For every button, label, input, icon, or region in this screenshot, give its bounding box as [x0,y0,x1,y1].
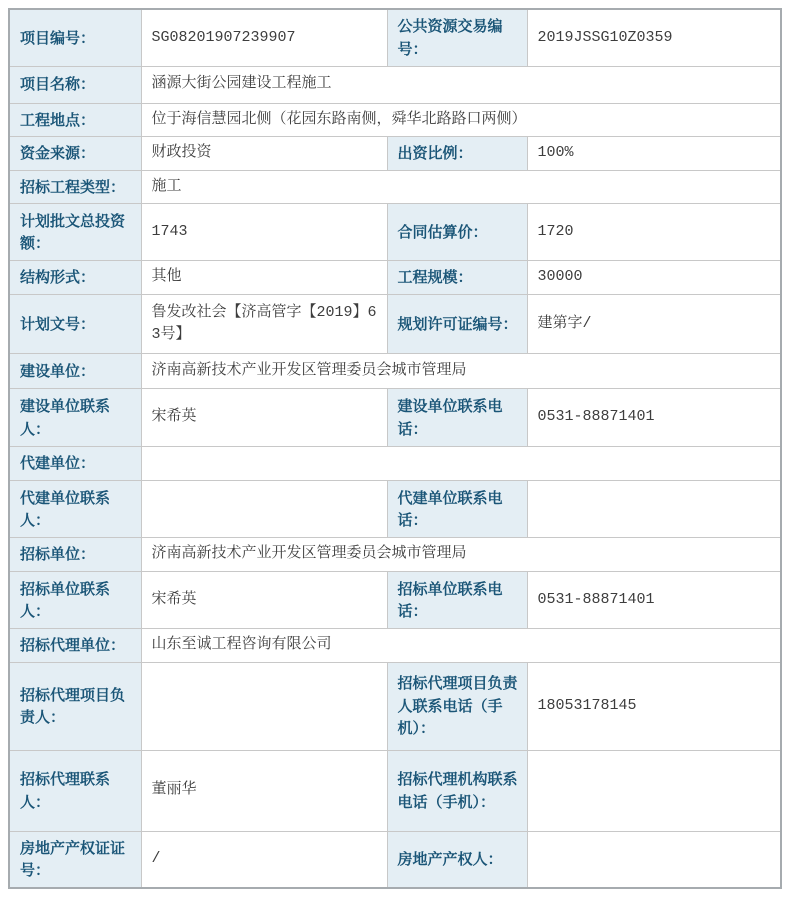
field-value [141,447,781,481]
field-value: 1743 [141,204,387,261]
field-label: 出资比例： [387,137,527,171]
field-label: 工程地点： [9,103,141,137]
field-value: 宋希英 [141,572,387,629]
field-value: 董丽华 [141,750,387,831]
field-label: 招标代理项目负责人联系电话（手机）： [387,662,527,750]
field-label: 结构形式： [9,261,141,295]
field-value: 涵源大街公园建设工程施工 [141,66,781,103]
table-row: 招标单位：济南高新技术产业开发区管理委员会城市管理局 [9,538,781,572]
table-row: 建设单位联系人：宋希英建设单位联系电话：0531-88871401 [9,389,781,447]
field-label: 代建单位联系电话： [387,481,527,538]
field-value [527,481,781,538]
table-row: 招标代理单位：山东至诚工程咨询有限公司 [9,629,781,663]
field-value [527,831,781,888]
project-info-table-body: 项目编号：SG08201907239907公共资源交易编号：2019JSSG10… [9,9,781,888]
field-value: 0531-88871401 [527,572,781,629]
field-label: 工程规模： [387,261,527,295]
table-row: 代建单位： [9,447,781,481]
table-row: 结构形式：其他工程规模：30000 [9,261,781,295]
table-row: 项目编号：SG08201907239907公共资源交易编号：2019JSSG10… [9,9,781,66]
table-row: 招标代理联系人：董丽华招标代理机构联系电话（手机）： [9,750,781,831]
field-label: 招标代理单位： [9,629,141,663]
field-value [141,481,387,538]
field-label: 资金来源： [9,137,141,171]
field-label: 招标代理机构联系电话（手机）： [387,750,527,831]
field-value [141,662,387,750]
table-row: 房地产产权证证号：/房地产产权人： [9,831,781,888]
field-value: 其他 [141,261,387,295]
field-label: 合同估算价： [387,204,527,261]
field-value: 济南高新技术产业开发区管理委员会城市管理局 [141,538,781,572]
field-label: 项目编号： [9,9,141,66]
field-value: 2019JSSG10Z0359 [527,9,781,66]
project-detail-page: 项目编号：SG08201907239907公共资源交易编号：2019JSSG10… [0,0,788,897]
table-row: 计划文号：鲁发改社会【济高管字【2019】63号】规划许可证编号：建第字/ [9,295,781,354]
field-label: 计划文号： [9,295,141,354]
field-label: 建设单位联系电话： [387,389,527,447]
field-value: 济南高新技术产业开发区管理委员会城市管理局 [141,354,781,389]
table-row: 招标单位联系人：宋希英招标单位联系电话：0531-88871401 [9,572,781,629]
table-row: 建设单位：济南高新技术产业开发区管理委员会城市管理局 [9,354,781,389]
field-value: 1720 [527,204,781,261]
field-label: 建设单位联系人： [9,389,141,447]
table-row: 计划批文总投资额：1743合同估算价：1720 [9,204,781,261]
field-label: 房地产产权证证号： [9,831,141,888]
field-value: 施工 [141,170,781,204]
field-label: 代建单位： [9,447,141,481]
field-value: 财政投资 [141,137,387,171]
table-row: 工程地点：位于海信慧园北侧（花园东路南侧，舜华北路路口两侧） [9,103,781,137]
field-label: 招标代理联系人： [9,750,141,831]
table-row: 招标工程类型：施工 [9,170,781,204]
field-value [527,750,781,831]
field-label: 招标单位联系人： [9,572,141,629]
field-label: 招标代理项目负责人： [9,662,141,750]
field-label: 计划批文总投资额： [9,204,141,261]
field-value: 30000 [527,261,781,295]
field-value: 山东至诚工程咨询有限公司 [141,629,781,663]
field-label: 建设单位： [9,354,141,389]
field-value: 鲁发改社会【济高管字【2019】63号】 [141,295,387,354]
field-value: 位于海信慧园北侧（花园东路南侧，舜华北路路口两侧） [141,103,781,137]
field-label: 房地产产权人： [387,831,527,888]
field-value: SG08201907239907 [141,9,387,66]
field-value: 100% [527,137,781,171]
field-value: 宋希英 [141,389,387,447]
field-value: / [141,831,387,888]
field-value: 0531-88871401 [527,389,781,447]
field-label: 项目名称： [9,66,141,103]
project-info-table: 项目编号：SG08201907239907公共资源交易编号：2019JSSG10… [8,8,782,889]
field-value: 18053178145 [527,662,781,750]
field-label: 公共资源交易编号： [387,9,527,66]
field-value: 建第字/ [527,295,781,354]
table-row: 招标代理项目负责人：招标代理项目负责人联系电话（手机）：18053178145 [9,662,781,750]
field-label: 招标工程类型： [9,170,141,204]
field-label: 招标单位联系电话： [387,572,527,629]
table-row: 资金来源：财政投资出资比例：100% [9,137,781,171]
table-row: 项目名称：涵源大街公园建设工程施工 [9,66,781,103]
field-label: 规划许可证编号： [387,295,527,354]
field-label: 代建单位联系人： [9,481,141,538]
field-label: 招标单位： [9,538,141,572]
table-row: 代建单位联系人：代建单位联系电话： [9,481,781,538]
